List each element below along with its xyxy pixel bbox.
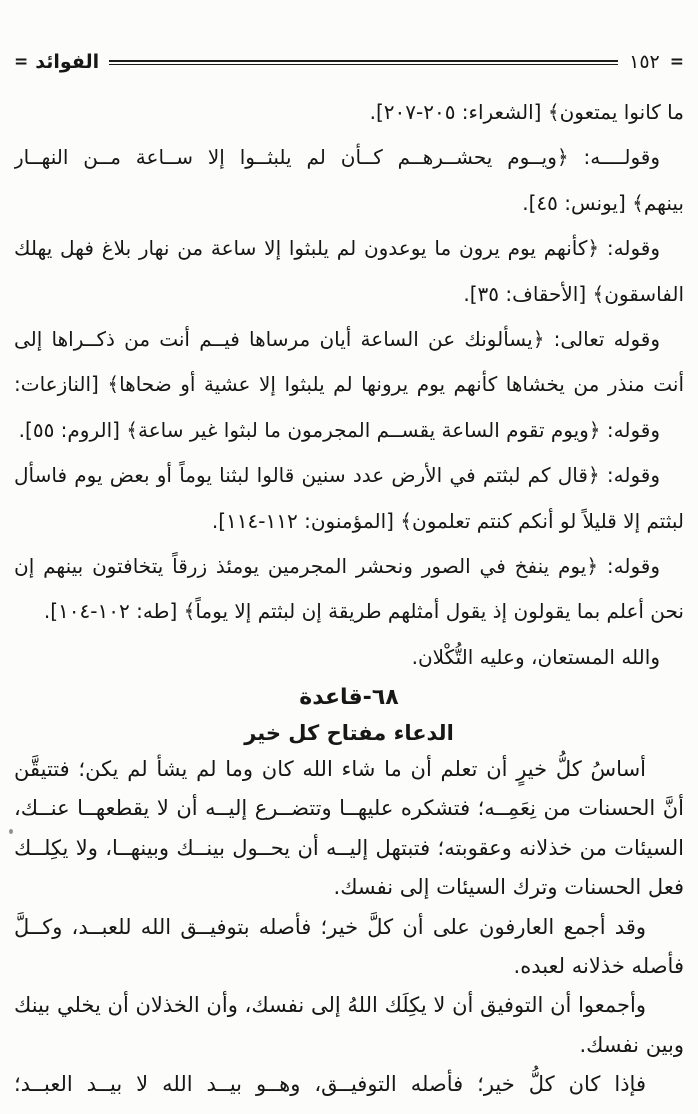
header-rule [109, 60, 618, 65]
book-title: الفوائد [28, 49, 106, 75]
body-line: وبين نفسك. [14, 1026, 684, 1065]
quran-line: وقوله: ﴿يوم ينفخ في الصور ونحشر المجرمين… [14, 544, 684, 589]
quran-line: وقولــــه: ﴿ويــوم يحشــرهــم كــأن لم ي… [14, 135, 684, 180]
quran-line: والله المستعان، وعليه التُّكْلان. [14, 635, 684, 680]
quran-line: وقوله تعالى: ﴿يسألونك عن الساعة أيان مرس… [14, 317, 684, 362]
page-header: = ١٥٢ الفوائد = [14, 49, 684, 75]
quran-quotes-section: ما كانوا يمتعون﴾ [الشعراء: ٢٠٥-٢٠٧]. وقو… [14, 90, 684, 680]
page-number: ١٥٢ [621, 49, 670, 75]
body-text-section: أساسُ كلُّ خيرٍ أن تعلم أن ما شاء الله ك… [14, 750, 684, 1105]
chapter-title-heading: الدعاء مفتاح كل خير [14, 716, 684, 750]
chapter-number-heading: ٦٨-قاعدة [14, 680, 684, 716]
quran-line: نحن أعلم بما يقولون إذ يقول أمثلهم طريقة… [14, 589, 684, 634]
quran-line: بينهم﴾ [يونس: ٤٥]. [14, 181, 684, 226]
quran-line: الفاسقون﴾ [الأحقاف: ٣٥]. [14, 272, 684, 317]
quran-line: وقوله: ﴿كأنهم يوم يرون ما يوعدون لم يلبث… [14, 226, 684, 271]
quran-line: لبثتم إلا قليلاً لو أنكم كنتم تعلمون﴾ [ا… [14, 499, 684, 544]
body-line: فأصله خذلانه لعبده. [14, 947, 684, 986]
print-artifact-dot [9, 829, 13, 834]
body-line: أساسُ كلُّ خيرٍ أن تعلم أن ما شاء الله ك… [14, 750, 684, 789]
quran-line: أنت منذر من يخشاها كأنهم يوم يرونها لم ي… [14, 362, 684, 407]
header-dash-left: = [14, 49, 28, 75]
body-line: وقد أجمع العارفون على أن كلَّ خير؛ فأصله… [14, 908, 684, 947]
quran-line: ما كانوا يمتعون﴾ [الشعراء: ٢٠٥-٢٠٧]. [14, 90, 684, 135]
body-line: السيئات من خذلانه وعقوبته؛ فتبتهل إليــه… [14, 829, 684, 868]
body-line: فعل الحسنات وترك السيئات إلى نفسك. [14, 868, 684, 907]
body-line: أنَّ الحسنات من نِعَمِــه؛ فتشكره عليهــ… [14, 789, 684, 828]
book-page: = ١٥٢ الفوائد = ما كانوا يمتعون﴾ [الشعرا… [0, 0, 698, 1114]
quran-line: وقوله: ﴿ويوم تقوم الساعة يقســم المجرمون… [14, 408, 684, 453]
body-line: وأجمعوا أن التوفيق أن لا يكِلَك اللهُ إل… [14, 986, 684, 1025]
body-line: فإذا كان كلُّ خير؛ فأصله التوفيــق، وهــ… [14, 1065, 684, 1104]
quran-line: وقوله: ﴿قال كم لبثتم في الأرض عدد سنين ق… [14, 453, 684, 498]
header-dash-right: = [670, 49, 684, 75]
